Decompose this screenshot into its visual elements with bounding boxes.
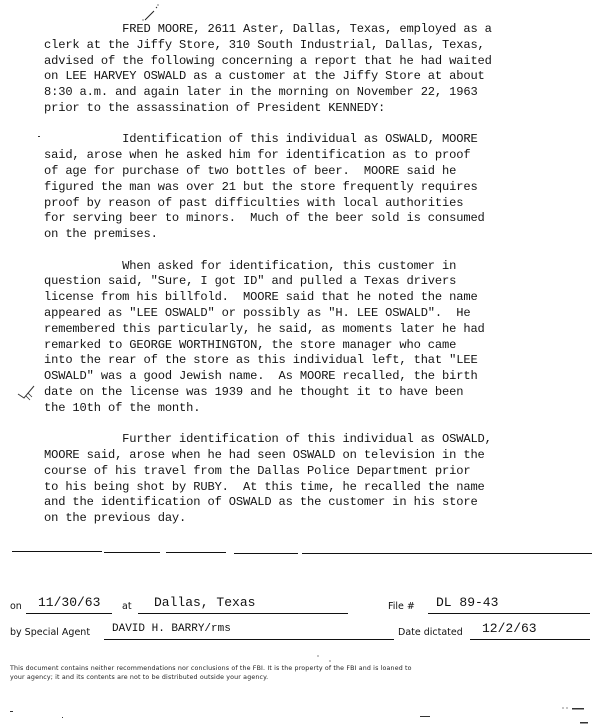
text-line: of age for purchase of two bottles of be…: [44, 164, 594, 180]
text-line: and the identification of OSWALD as the …: [44, 495, 594, 511]
file-number-field: DL 89-43: [428, 595, 590, 614]
on-label: on: [10, 601, 22, 612]
pen-mark-icon: [140, 2, 170, 22]
section-divider: [12, 551, 592, 553]
text-line: OSWALD" was a good Jewish name. As MOORE…: [44, 369, 594, 385]
text-line: 8:30 a.m. and again later in the morning…: [44, 85, 594, 101]
text-line: When asked for identification, this cust…: [44, 259, 594, 275]
text-line: FRED MOORE, 2611 Aster, Dallas, Texas, e…: [44, 22, 594, 38]
location-field: Dallas, Texas: [138, 595, 348, 614]
report-body: FRED MOORE, 2611 Aster, Dallas, Texas, e…: [44, 22, 594, 542]
text-line: remarked to GEORGE WORTHINGTON, the stor…: [44, 338, 594, 354]
text-line: into the rear of the store as this indiv…: [44, 353, 594, 369]
text-line: appeared as "LEE OSWALD" or possibly as …: [44, 306, 594, 322]
date-dictated-label: Date dictated: [398, 627, 463, 638]
text-line: for serving beer to minors. Much of the …: [44, 211, 594, 227]
document-page: FRED MOORE, 2611 Aster, Dallas, Texas, e…: [0, 0, 603, 726]
text-line: the 10th of the month.: [44, 401, 594, 417]
date-of-interview-field: 11/30/63: [26, 595, 112, 614]
at-label: at: [122, 601, 132, 612]
text-line: Identification of this individual as OSW…: [44, 132, 594, 148]
text-line: proof by reason of past difficulties wit…: [44, 196, 594, 212]
text-line: advised of the following concerning a re…: [44, 54, 594, 70]
paragraph: Further identification of this individua…: [44, 432, 594, 527]
text-line: to his being shot by RUBY. At this time,…: [44, 480, 594, 496]
text-line: date on the license was 1939 and he thou…: [44, 385, 594, 401]
text-line: on the previous day.: [44, 511, 594, 527]
special-agent-label: by Special Agent: [10, 627, 90, 638]
text-line: clerk at the Jiffy Store, 310 South Indu…: [44, 38, 594, 54]
disclaimer-line-1: This document contains neither recommend…: [10, 665, 600, 674]
text-line: said, arose when he asked him for identi…: [44, 148, 594, 164]
text-line: remembered this particularly, he said, a…: [44, 322, 594, 338]
text-line: license from his billfold. MOORE said th…: [44, 290, 594, 306]
text-line: figured the man was over 21 but the stor…: [44, 180, 594, 196]
paragraph: FRED MOORE, 2611 Aster, Dallas, Texas, e…: [44, 22, 594, 117]
text-line: question said, "Sure, I got ID" and pull…: [44, 274, 594, 290]
text-line: on LEE HARVEY OSWALD as a customer at th…: [44, 69, 594, 85]
text-line: on the premises.: [44, 227, 594, 243]
special-agent-field: DAVID H. BARRY/rms: [104, 621, 394, 640]
file-number-label: File #: [388, 601, 415, 612]
text-line: MOORE said, arose when he had seen OSWAL…: [44, 448, 594, 464]
form-row-agent-dictated: by Special Agent DAVID H. BARRY/rms Date…: [10, 618, 600, 640]
check-mark-icon: [16, 380, 42, 402]
paragraph: Identification of this individual as OSW…: [44, 132, 594, 243]
date-dictated-field: 12/2/63: [470, 621, 590, 640]
form-row-date-location: on 11/30/63 at Dallas, Texas File # DL 8…: [10, 592, 600, 614]
disclaimer-line-2: your agency; it and its contents are not…: [10, 674, 600, 683]
paragraph: When asked for identification, this cust…: [44, 259, 594, 417]
text-line: Further identification of this individua…: [44, 432, 594, 448]
text-line: course of his travel from the Dallas Pol…: [44, 464, 594, 480]
fbi-disclaimer: This document contains neither recommend…: [10, 665, 600, 682]
text-line: prior to the assassination of President …: [44, 101, 594, 117]
